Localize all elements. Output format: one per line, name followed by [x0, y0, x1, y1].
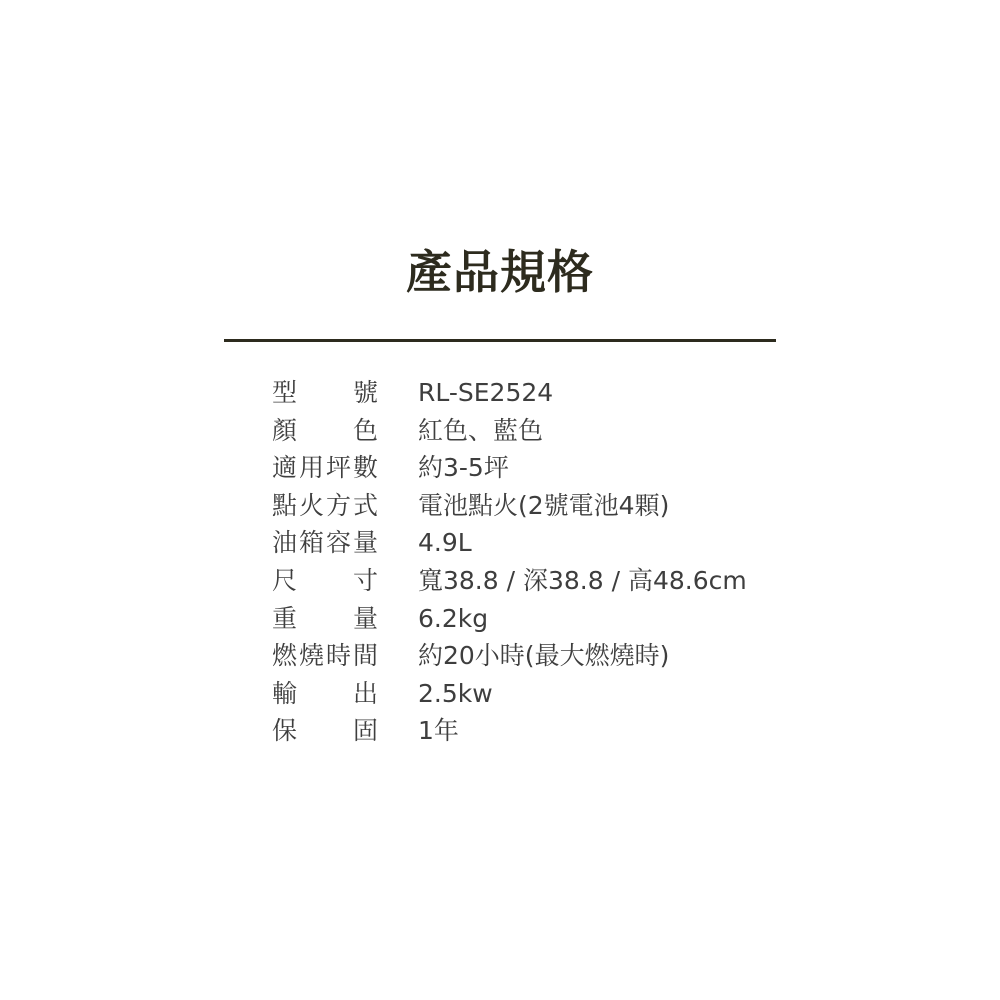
spec-label: 保固	[272, 712, 378, 750]
spec-label: 顏色	[272, 412, 378, 450]
spec-table: 型號 RL-SE2524 顏色 紅色、藍色 適用坪數 約3-5坪 點火方式 電池…	[272, 374, 792, 750]
page-title: 產品規格	[0, 247, 1000, 297]
spec-row-weight: 重量 6.2kg	[272, 600, 792, 638]
spec-value: 約3-5坪	[418, 449, 509, 487]
product-spec-page: 產品規格 型號 RL-SE2524 顏色 紅色、藍色 適用坪數 約3-5坪 點火…	[0, 0, 1000, 1000]
spec-label: 燃燒時間	[272, 637, 378, 675]
spec-row-applicable-area: 適用坪數 約3-5坪	[272, 449, 792, 487]
spec-row-tank-capacity: 油箱容量 4.9L	[272, 524, 792, 562]
spec-row-output: 輸出 2.5kw	[272, 675, 792, 713]
spec-label: 尺寸	[272, 562, 378, 600]
spec-label: 重量	[272, 600, 378, 638]
spec-row-ignition: 點火方式 電池點火(2號電池4顆)	[272, 487, 792, 525]
spec-label: 適用坪數	[272, 449, 378, 487]
spec-row-dimensions: 尺寸 寬38.8 / 深38.8 / 高48.6cm	[272, 562, 792, 600]
spec-value: RL-SE2524	[418, 374, 553, 412]
spec-label: 輸出	[272, 675, 378, 713]
spec-row-color: 顏色 紅色、藍色	[272, 412, 792, 450]
spec-value: 寬38.8 / 深38.8 / 高48.6cm	[418, 562, 747, 600]
spec-row-burn-time: 燃燒時間 約20小時(最大燃燒時)	[272, 637, 792, 675]
spec-value: 6.2kg	[418, 600, 488, 638]
spec-value: 2.5kw	[418, 675, 493, 713]
spec-value: 約20小時(最大燃燒時)	[418, 637, 669, 675]
spec-value: 1年	[418, 712, 459, 750]
spec-label: 型號	[272, 374, 378, 412]
spec-label: 油箱容量	[272, 524, 378, 562]
title-divider	[224, 339, 776, 342]
spec-row-warranty: 保固 1年	[272, 712, 792, 750]
spec-row-model: 型號 RL-SE2524	[272, 374, 792, 412]
spec-value: 紅色、藍色	[418, 412, 543, 450]
spec-value: 4.9L	[418, 524, 472, 562]
spec-label: 點火方式	[272, 487, 378, 525]
spec-value: 電池點火(2號電池4顆)	[418, 487, 669, 525]
